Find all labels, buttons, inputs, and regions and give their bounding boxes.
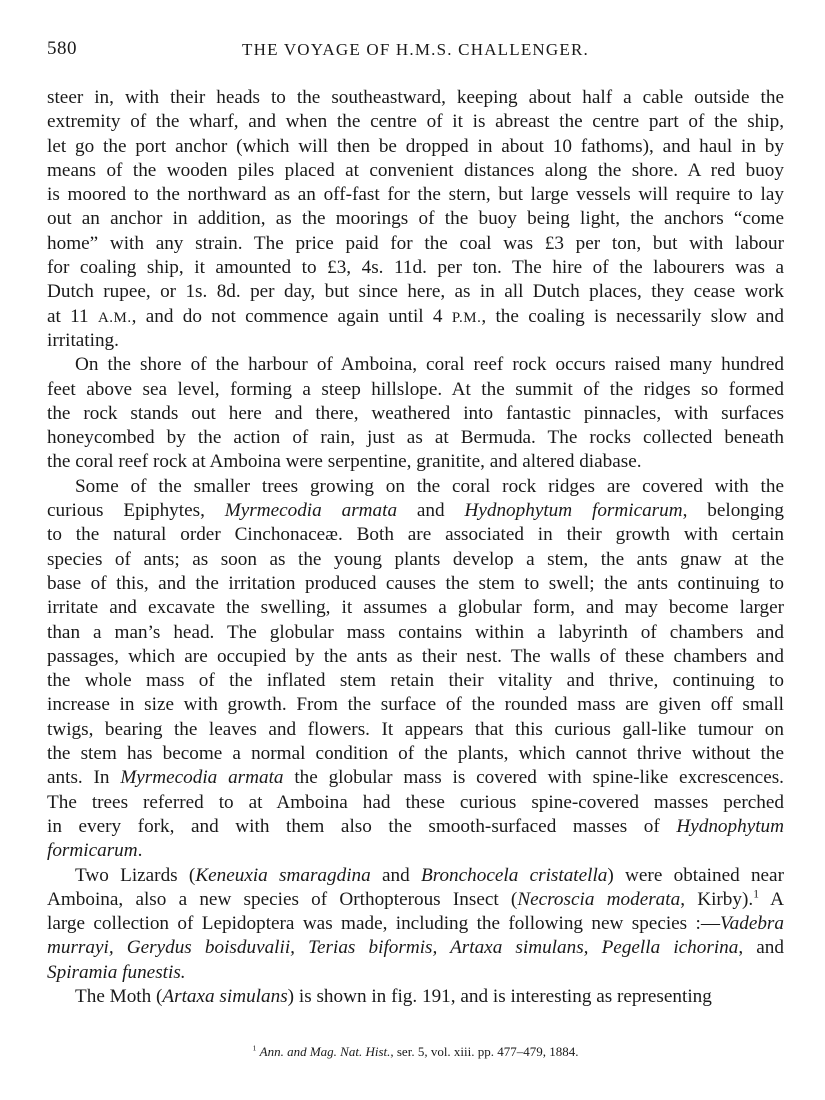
italic-term: Spiramia funestis. xyxy=(47,962,186,983)
text-line: than a man’s head. The globular mass con… xyxy=(47,621,784,645)
italic-term: Myrmecodia armata xyxy=(225,500,397,521)
text-run: ) is shown in fig. 191, and is interesti… xyxy=(288,986,712,1007)
text-run: steer in, with their heads to the southe… xyxy=(47,87,784,108)
text-run: , and xyxy=(738,937,784,958)
book-page: 580 THE VOYAGE OF H.M.S. CHALLENGER. ste… xyxy=(0,0,825,1100)
text-line: means of the wooden piles placed at conv… xyxy=(47,159,784,183)
text-run: the coral reef rock at Amboina were serp… xyxy=(47,451,642,472)
text-run: , and do not commence again until 4 xyxy=(132,306,452,327)
time-abbreviation: A.M. xyxy=(98,310,132,326)
paragraph: The Moth (Artaxa simulans) is shown in f… xyxy=(47,985,784,1009)
text-line: Dutch rupee, or 1s. 8d. per day, but sin… xyxy=(47,280,784,304)
text-line: curious Epiphytes, Myrmecodia armata and… xyxy=(47,499,784,523)
italic-term: Vadebra xyxy=(720,913,784,934)
text-run: A xyxy=(759,889,784,910)
footnote-source: Ann. and Mag. Nat. Hist. xyxy=(260,1044,391,1059)
text-run: large collection of Lepidoptera was made… xyxy=(47,913,720,934)
text-run: in every fork, and with them also the sm… xyxy=(47,816,676,837)
text-line: formicarum. xyxy=(47,839,784,863)
text-line: Spiramia funestis. xyxy=(47,961,784,985)
time-abbreviation: P.M. xyxy=(452,310,481,326)
paragraph: On the shore of the harbour of Amboina, … xyxy=(47,353,784,474)
text-line: increase in size with growth. From the s… xyxy=(47,693,784,717)
text-line: passages, which are occupied by the ants… xyxy=(47,645,784,669)
text-run: The trees referred to at Amboina had the… xyxy=(47,792,784,813)
text-run: , belonging xyxy=(683,500,784,521)
text-line: is moored to the northward as an off-fas… xyxy=(47,183,784,207)
text-run: increase in size with growth. From the s… xyxy=(47,694,784,715)
text-run: means of the wooden piles placed at conv… xyxy=(47,160,784,181)
text-run: the globular mass is covered with spine-… xyxy=(284,767,784,788)
text-run: twigs, bearing the leaves and flowers. I… xyxy=(47,719,784,740)
footnote-marker: 1 xyxy=(252,1044,256,1053)
page-header: 580 THE VOYAGE OF H.M.S. CHALLENGER. xyxy=(47,38,784,68)
italic-term: Artaxa simulans xyxy=(162,986,287,1007)
italic-term: Necroscia moderata xyxy=(517,889,680,910)
italic-term: Hydnophytum formicarum xyxy=(464,500,682,521)
text-line: the coral reef rock at Amboina were serp… xyxy=(47,450,784,474)
text-run: out an anchor in addition, as the moorin… xyxy=(47,208,784,229)
italic-term: formicarum xyxy=(47,840,138,861)
text-run: Some of the smaller trees growing on the… xyxy=(75,476,784,497)
text-run: base of this, and the irritation produce… xyxy=(47,573,784,594)
text-run: extremity of the wharf, and when the cen… xyxy=(47,111,784,132)
text-run: ants. In xyxy=(47,767,120,788)
paragraph: steer in, with their heads to the southe… xyxy=(47,86,784,353)
text-line: out an anchor in addition, as the moorin… xyxy=(47,207,784,231)
text-run: Amboina, also a new species of Orthopter… xyxy=(47,889,517,910)
text-line: On the shore of the harbour of Amboina, … xyxy=(47,353,784,377)
text-line: species of ants; as soon as the young pl… xyxy=(47,548,784,572)
text-line: home” with any strain. The price paid fo… xyxy=(47,232,784,256)
text-run: , the coaling is necessarily slow and xyxy=(481,306,784,327)
text-run: On the shore of the harbour of Amboina, … xyxy=(75,354,784,375)
text-line: murrayi, Gerydus boisduvalii, Terias bif… xyxy=(47,936,784,960)
footnote-citation: , ser. 5, vol. xiii. pp. 477–479, 1884. xyxy=(390,1044,578,1059)
text-run: irritating. xyxy=(47,330,119,351)
italic-term: Bronchocela cristatella xyxy=(421,865,607,886)
text-line: large collection of Lepidoptera was made… xyxy=(47,912,784,936)
text-line: extremity of the wharf, and when the cen… xyxy=(47,110,784,134)
text-run: the whole mass of the inflated stem reta… xyxy=(47,670,784,691)
text-run: The Moth ( xyxy=(75,986,162,1007)
text-line: the rock stands out here and there, weat… xyxy=(47,402,784,426)
text-line: ants. In Myrmecodia armata the globular … xyxy=(47,766,784,790)
text-run: at 11 xyxy=(47,306,98,327)
text-line: in every fork, and with them also the sm… xyxy=(47,815,784,839)
text-run: and xyxy=(371,865,421,886)
body-text: steer in, with their heads to the southe… xyxy=(47,86,784,1009)
italic-term: Hydnophytum xyxy=(676,816,784,837)
text-line: steer in, with their heads to the southe… xyxy=(47,86,784,110)
text-line: Two Lizards (Keneuxia smaragdina and Bro… xyxy=(47,864,784,888)
text-run: , Kirby). xyxy=(680,889,753,910)
text-run: honeycombed by the action of rain, just … xyxy=(47,427,784,448)
text-line: the whole mass of the inflated stem reta… xyxy=(47,669,784,693)
text-line: for coaling ship, it amounted to £3, 4s.… xyxy=(47,256,784,280)
italic-term: Myrmecodia armata xyxy=(120,767,283,788)
text-line: to the natural order Cinchonaceæ. Both a… xyxy=(47,523,784,547)
text-run: let go the port anchor (which will then … xyxy=(47,136,784,157)
text-run: feet above sea level, forming a steep hi… xyxy=(47,379,784,400)
text-run: and xyxy=(397,500,464,521)
text-line: let go the port anchor (which will then … xyxy=(47,135,784,159)
text-run: is moored to the northward as an off-fas… xyxy=(47,184,784,205)
italic-term: Keneuxia smaragdina xyxy=(195,865,370,886)
text-run: the stem has become a normal condition o… xyxy=(47,743,784,764)
text-run: to the natural order Cinchonaceæ. Both a… xyxy=(47,524,784,545)
text-run: the rock stands out here and there, weat… xyxy=(47,403,784,424)
paragraph: Some of the smaller trees growing on the… xyxy=(47,475,784,864)
text-line: Amboina, also a new species of Orthopter… xyxy=(47,888,784,912)
text-run: Two Lizards ( xyxy=(75,865,195,886)
text-run: passages, which are occupied by the ants… xyxy=(47,646,784,667)
text-line: honeycombed by the action of rain, just … xyxy=(47,426,784,450)
text-line: base of this, and the irritation produce… xyxy=(47,572,784,596)
paragraph: Two Lizards (Keneuxia smaragdina and Bro… xyxy=(47,864,784,985)
text-line: The trees referred to at Amboina had the… xyxy=(47,791,784,815)
italic-term: murrayi, Gerydus boisduvalii, Terias bif… xyxy=(47,937,738,958)
text-run: . xyxy=(138,840,143,861)
footnote: 1 Ann. and Mag. Nat. Hist., ser. 5, vol.… xyxy=(47,1044,784,1060)
text-line: irritating. xyxy=(47,329,784,353)
text-run: Dutch rupee, or 1s. 8d. per day, but sin… xyxy=(47,281,784,302)
text-run: than a man’s head. The globular mass con… xyxy=(47,622,784,643)
running-title: THE VOYAGE OF H.M.S. CHALLENGER. xyxy=(47,40,784,60)
text-run: for coaling ship, it amounted to £3, 4s.… xyxy=(47,257,784,278)
text-run: species of ants; as soon as the young pl… xyxy=(47,549,784,570)
text-run: curious Epiphytes, xyxy=(47,500,225,521)
text-run: ) were obtained near xyxy=(607,865,784,886)
text-line: feet above sea level, forming a steep hi… xyxy=(47,378,784,402)
text-run: home” with any strain. The price paid fo… xyxy=(47,233,784,254)
text-line: Some of the smaller trees growing on the… xyxy=(47,475,784,499)
text-line: twigs, bearing the leaves and flowers. I… xyxy=(47,718,784,742)
text-line: at 11 A.M., and do not commence again un… xyxy=(47,305,784,329)
text-line: The Moth (Artaxa simulans) is shown in f… xyxy=(47,985,784,1009)
text-run: irritate and excavate the swelling, it a… xyxy=(47,597,784,618)
text-line: irritate and excavate the swelling, it a… xyxy=(47,596,784,620)
text-line: the stem has become a normal condition o… xyxy=(47,742,784,766)
